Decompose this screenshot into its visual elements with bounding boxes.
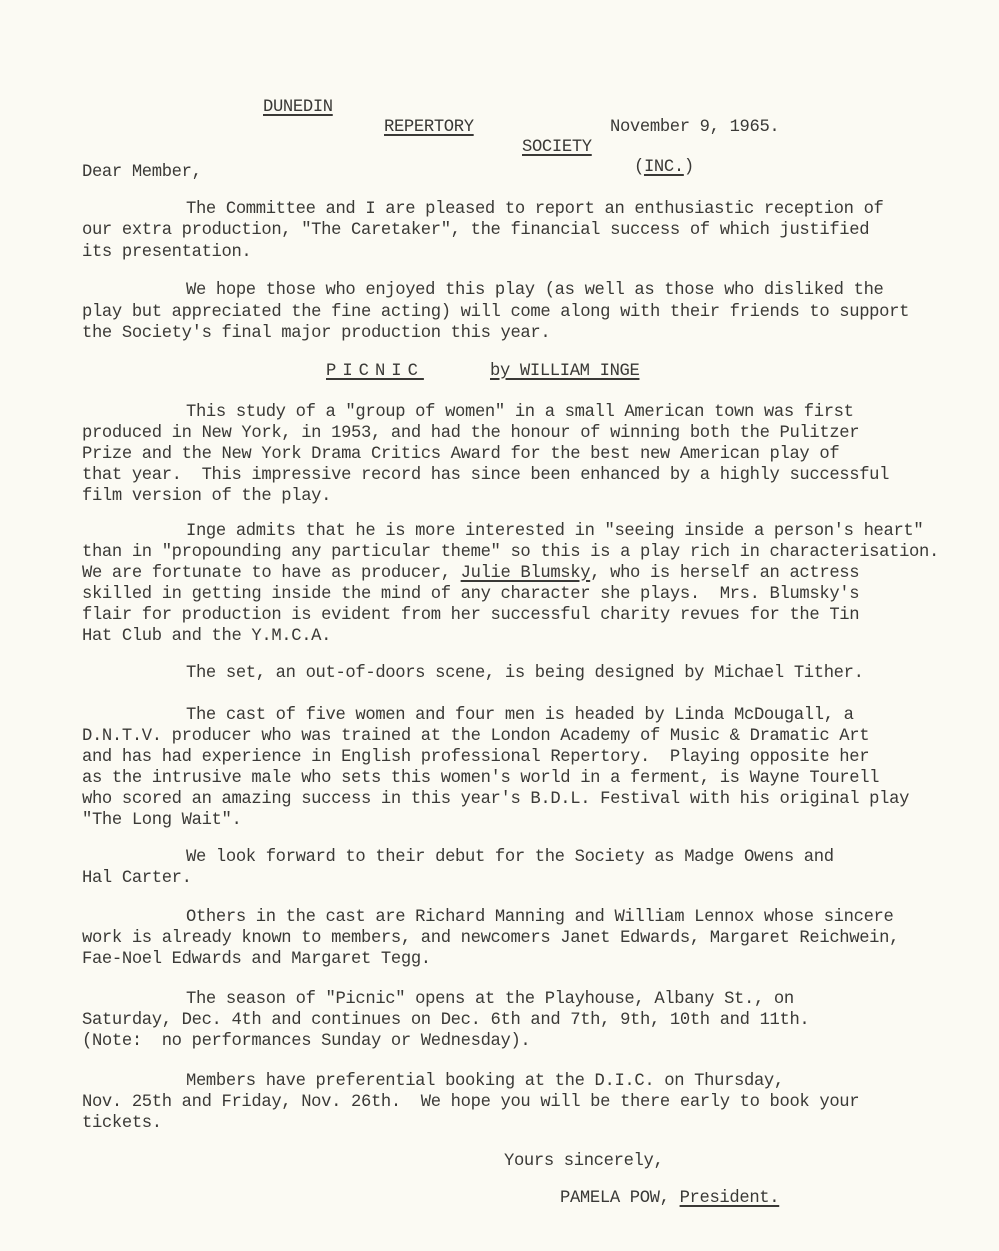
paragraph-9-line: (Note: no performances Sunday or Wednesd… [82, 1032, 530, 1052]
paragraph-2-line: the Society's final major production thi… [82, 324, 550, 344]
letter-page: DUNEDIN REPERTORY SOCIETY (INC.) Novembe… [0, 0, 999, 1251]
paragraph-10-line: Nov. 25th and Friday, Nov. 26th. We hope… [82, 1093, 859, 1113]
paragraph-6-line: The cast of five women and four men is h… [186, 706, 854, 726]
paragraph-4-line: Hat Club and the Y.M.C.A. [82, 627, 331, 647]
paragraph-1-line: its presentation. [82, 243, 251, 263]
paragraph-6-line: "The Long Wait". [82, 811, 241, 831]
paragraph-8-line: Others in the cast are Richard Manning a… [186, 908, 893, 928]
signatory-name: PAMELA POW, [560, 1189, 680, 1208]
paragraph-2-line: play but appreciated the fine acting) wi… [82, 303, 909, 323]
letterhead-society: SOCIETY [522, 138, 592, 158]
paragraph-5-line: The set, an out-of-doors scene, is being… [186, 664, 864, 684]
paragraph-9-line: Saturday, Dec. 4th and continues on Dec.… [82, 1011, 809, 1031]
letter-date: November 9, 1965. [610, 118, 779, 138]
letterhead-repertory: REPERTORY [384, 118, 474, 138]
producer-name: Julie Blumsky [461, 564, 591, 583]
paragraph-2-line: We hope those who enjoyed this play (as … [186, 281, 884, 301]
paragraph-3-line: that year. This impressive record has si… [82, 466, 889, 486]
letterhead-dunedin: DUNEDIN [263, 98, 333, 118]
paragraph-4-line: We are fortunate to have as producer, Ju… [82, 564, 859, 584]
paragraph-6-line: who scored an amazing success in this ye… [82, 790, 909, 810]
paragraph-4-line: skilled in getting inside the mind of an… [82, 585, 859, 605]
paragraph-3-line: Prize and the New York Drama Critics Awa… [82, 445, 839, 465]
paragraph-10-line: tickets. [82, 1114, 162, 1134]
letterhead-inc: (INC.) [634, 158, 694, 178]
paragraph-6-line: as the intrusive male who sets this wome… [82, 769, 879, 789]
paragraph-4-line: flair for production is evident from her… [82, 606, 859, 626]
paragraph-6-line: D.N.T.V. producer who was trained at the… [82, 727, 869, 747]
paragraph-4-line: than in "propounding any particular them… [82, 543, 939, 563]
paragraph-6-line: and has had experience in English profes… [82, 748, 869, 768]
paragraph-9-line: The season of "Picnic" opens at the Play… [186, 990, 794, 1010]
signature: PAMELA POW, President. [560, 1189, 779, 1209]
play-title: PICNIC [326, 362, 424, 382]
paragraph-10-line: Members have preferential booking at the… [186, 1072, 784, 1092]
play-author: by WILLIAM INGE [490, 362, 639, 382]
paragraph-3-line: film version of the play. [82, 487, 331, 507]
paragraph-1-line: our extra production, "The Caretaker", t… [82, 221, 869, 241]
paragraph-1-line: The Committee and I are pleased to repor… [186, 200, 884, 220]
signatory-title: President. [680, 1189, 780, 1208]
paragraph-7-line: Hal Carter. [82, 869, 192, 889]
closing: Yours sincerely, [504, 1152, 663, 1172]
paragraph-4-line: Inge admits that he is more interested i… [186, 522, 923, 542]
salutation: Dear Member, [82, 163, 202, 183]
paragraph-8-line: work is already known to members, and ne… [82, 929, 899, 949]
paragraph-8-line: Fae-Noel Edwards and Margaret Tegg. [82, 950, 431, 970]
paragraph-3-line: This study of a "group of women" in a sm… [186, 403, 854, 423]
paragraph-3-line: produced in New York, in 1953, and had t… [82, 424, 859, 444]
paragraph-7-line: We look forward to their debut for the S… [186, 848, 834, 868]
